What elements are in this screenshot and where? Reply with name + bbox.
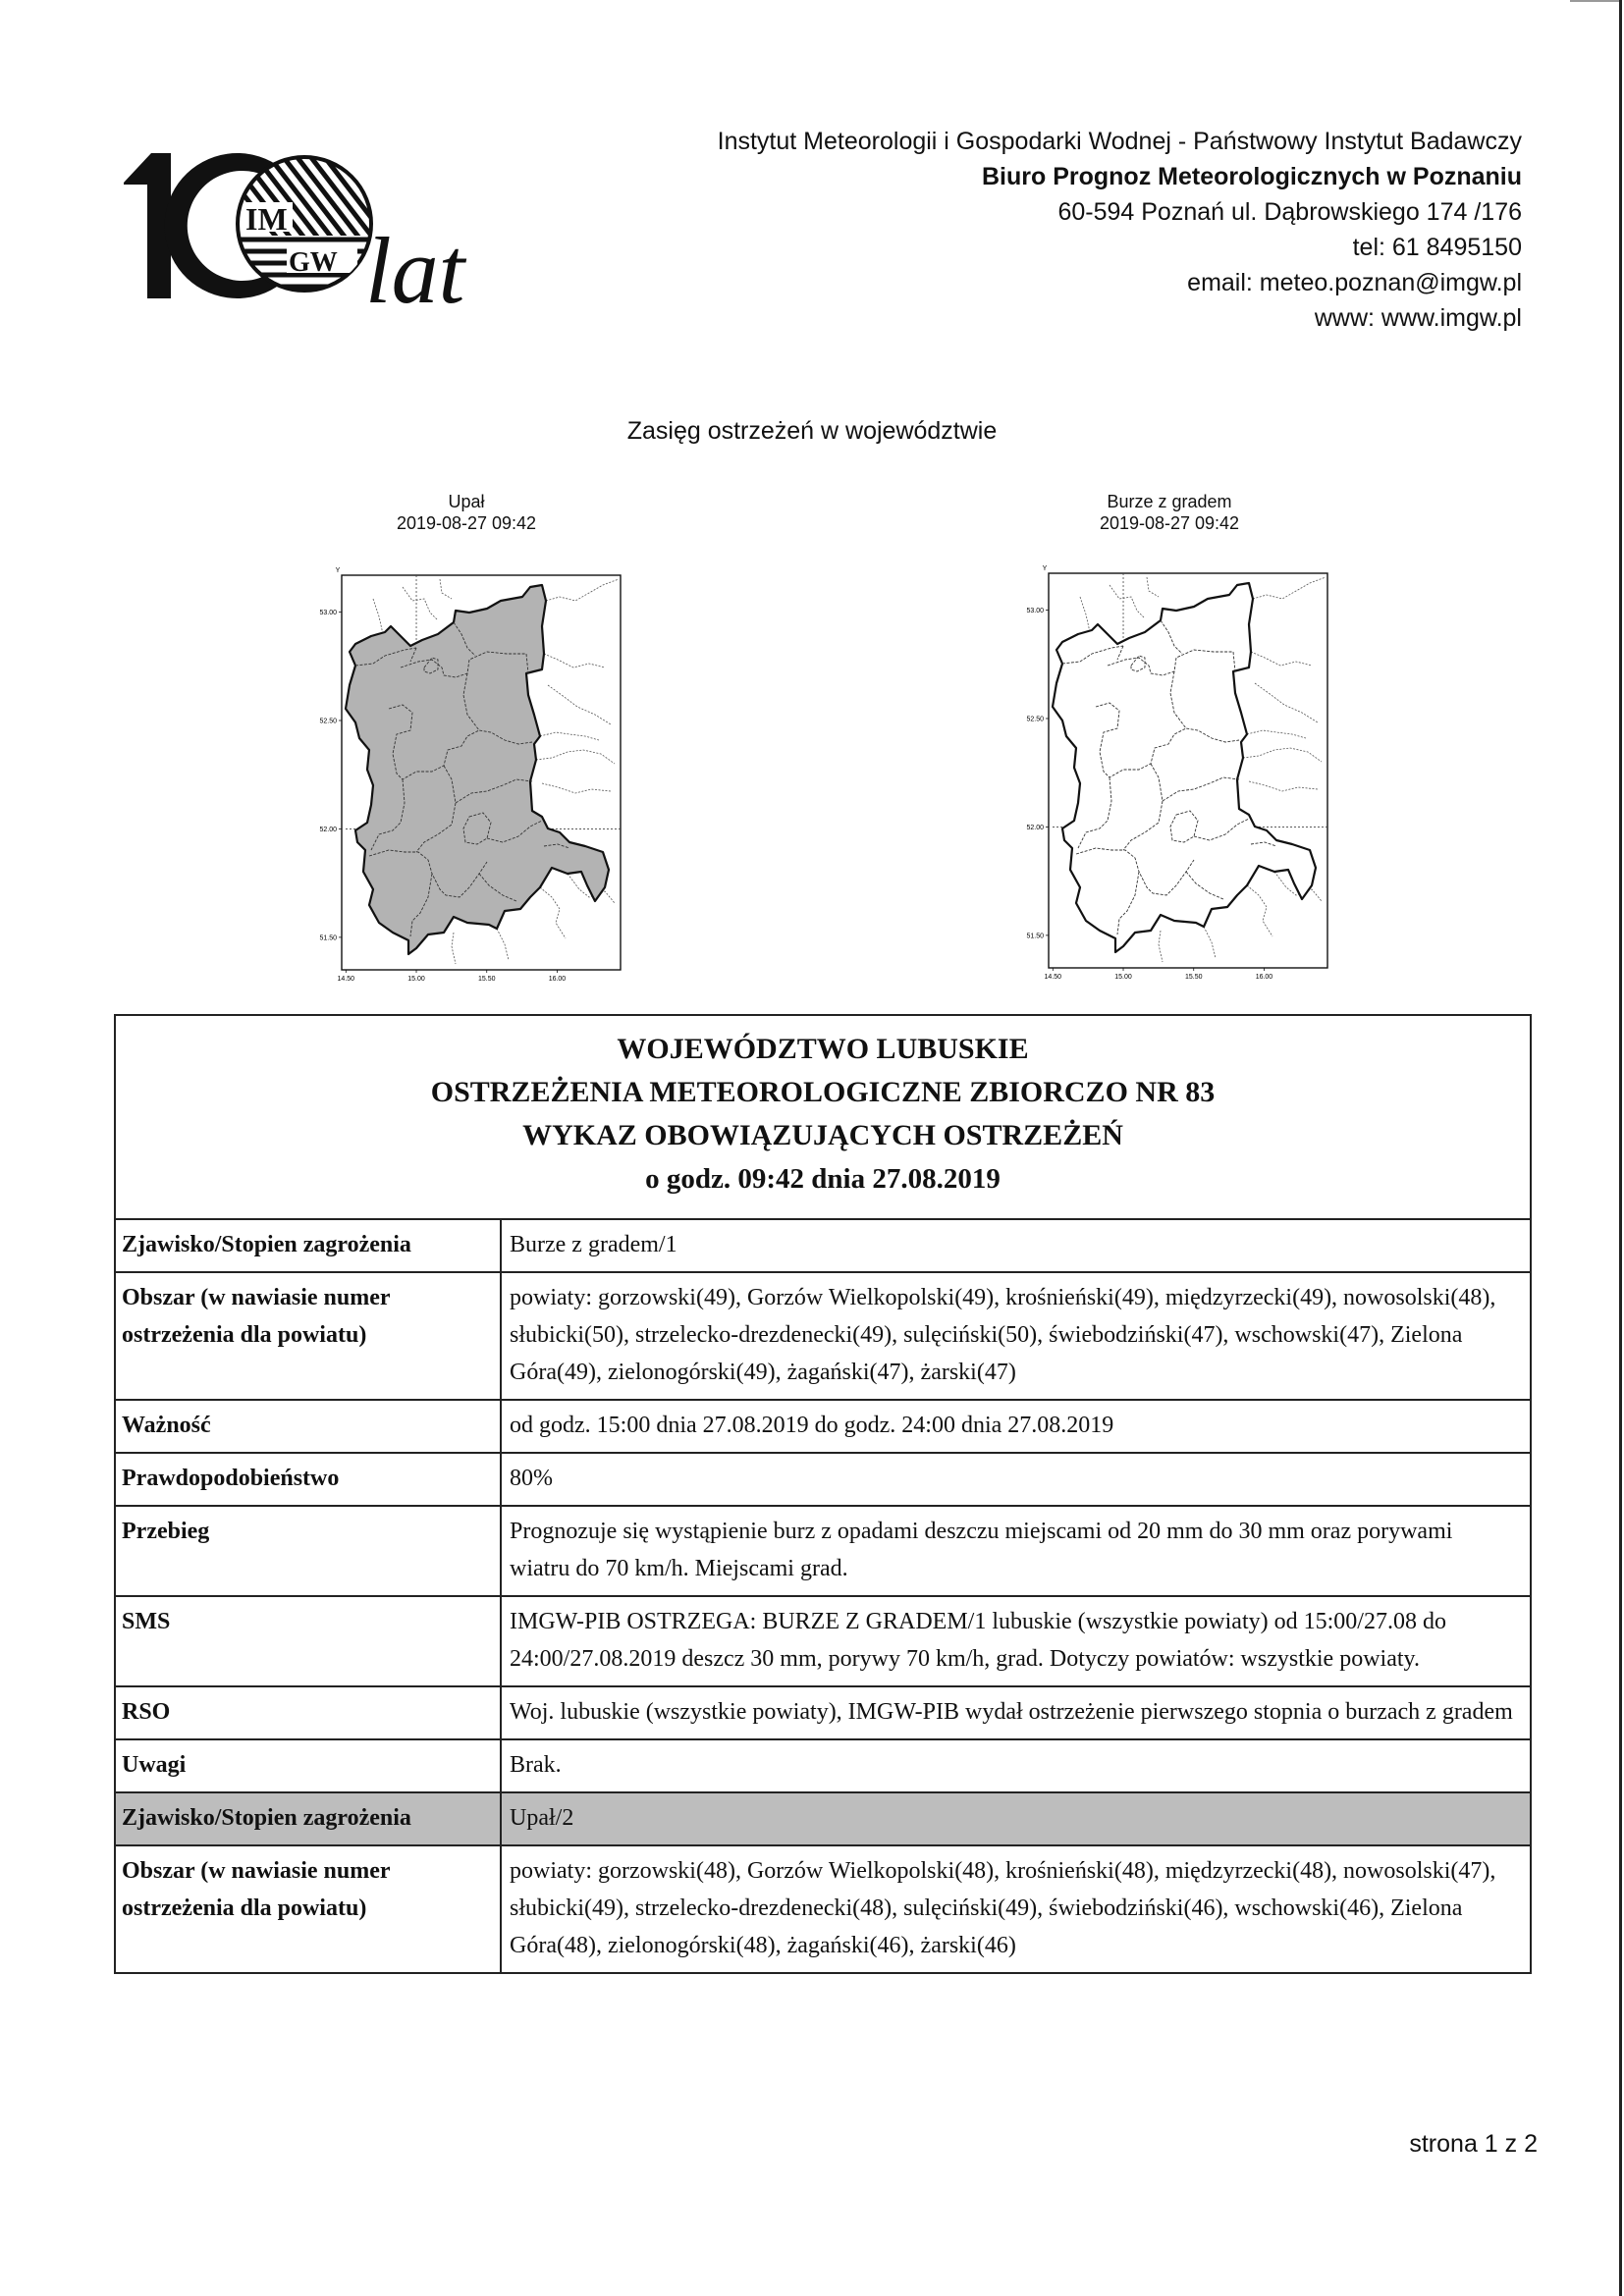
scan-page-edge xyxy=(1619,0,1622,2296)
map-phenomenon: Burze z gradem xyxy=(1042,491,1297,512)
institute-header: Instytut Meteorologii i Gospodarki Wodne… xyxy=(718,124,1522,336)
row-value: Burze z gradem/1 xyxy=(501,1219,1531,1272)
row-label: RSO xyxy=(115,1686,501,1739)
scan-page-edge-top xyxy=(1570,0,1619,2)
map-timestamp: 2019-08-27 09:42 xyxy=(1042,512,1297,534)
table-row: RSOWoj. lubuskie (wszystkie powiaty), IM… xyxy=(115,1686,1531,1739)
svg-text:52.50: 52.50 xyxy=(1026,716,1044,722)
table-heading: WOJEWÓDZTWO LUBUSKIE OSTRZEŻENIA METEORO… xyxy=(115,1015,1531,1219)
svg-text:53.00: 53.00 xyxy=(1026,608,1044,614)
warning-map-heat: Y53.0052.5052.0051.5014.5015.0015.5016.0… xyxy=(295,558,638,1009)
heading-issue-time: o godz. 09:42 dnia 27.08.2019 xyxy=(116,1157,1530,1201)
row-label: Uwagi xyxy=(115,1739,501,1792)
svg-text:51.50: 51.50 xyxy=(1026,933,1044,939)
table-row: Obszar (w nawiasie numer ostrzeżenia dla… xyxy=(115,1845,1531,1973)
row-value: Brak. xyxy=(501,1739,1531,1792)
imgw-100-years-logo: IM GW lat xyxy=(120,145,513,312)
table-row: Prawdopodobieństwo80% xyxy=(115,1453,1531,1506)
svg-text:53.00: 53.00 xyxy=(319,610,337,616)
svg-text:15.00: 15.00 xyxy=(407,976,425,983)
maps-section-title: Zasięg ostrzeżeń w województwie xyxy=(0,417,1624,446)
svg-text:15.50: 15.50 xyxy=(1185,974,1203,981)
row-label: Zjawisko/Stopien zagrożenia xyxy=(115,1219,501,1272)
svg-text:GW: GW xyxy=(289,247,338,278)
row-label: Prawdopodobieństwo xyxy=(115,1453,501,1506)
svg-text:15.50: 15.50 xyxy=(478,976,496,983)
row-value: powiaty: gorzowski(49), Gorzów Wielkopol… xyxy=(501,1272,1531,1400)
row-value: od godz. 15:00 dnia 27.08.2019 do godz. … xyxy=(501,1400,1531,1453)
row-value: Prognozuje się wystąpienie burz z opadam… xyxy=(501,1506,1531,1596)
svg-text:52.00: 52.00 xyxy=(1026,825,1044,831)
svg-text:IM: IM xyxy=(245,201,288,237)
svg-text:52.50: 52.50 xyxy=(319,718,337,724)
heading-list-title: WYKAZ OBOWIĄZUJĄCYCH OSTRZEŻEŃ xyxy=(116,1114,1530,1157)
svg-text:Y: Y xyxy=(1043,565,1048,572)
office-email: email: meteo.poznan@imgw.pl xyxy=(718,265,1522,300)
office-phone: tel: 61 8495150 xyxy=(718,230,1522,265)
svg-text:52.00: 52.00 xyxy=(319,827,337,833)
office-name: Biuro Prognoz Meteorologicznych w Poznan… xyxy=(718,159,1522,194)
row-label: Obszar (w nawiasie numer ostrzeżenia dla… xyxy=(115,1272,501,1400)
table-row: PrzebiegPrognozuje się wystąpienie burz … xyxy=(115,1506,1531,1596)
svg-text:14.50: 14.50 xyxy=(338,976,355,983)
map-timestamp: 2019-08-27 09:42 xyxy=(339,512,594,534)
logo-icon: IM GW lat xyxy=(120,145,513,312)
row-value: 80% xyxy=(501,1453,1531,1506)
row-label: Zjawisko/Stopien zagrożenia xyxy=(115,1792,501,1845)
office-website: www: www.imgw.pl xyxy=(718,300,1522,336)
table-row: SMSIMGW-PIB OSTRZEGA: BURZE Z GRADEM/1 l… xyxy=(115,1596,1531,1686)
office-address: 60-594 Poznań ul. Dąbrowskiego 174 /176 xyxy=(718,194,1522,230)
row-value: Woj. lubuskie (wszystkie powiaty), IMGW-… xyxy=(501,1686,1531,1739)
warnings-table: WOJEWÓDZTWO LUBUSKIE OSTRZEŻENIA METEORO… xyxy=(114,1014,1532,1974)
table-row: UwagiBrak. xyxy=(115,1739,1531,1792)
row-label: Ważność xyxy=(115,1400,501,1453)
heading-bulletin-number: OSTRZEŻENIA METEOROLOGICZNE ZBIORCZO NR … xyxy=(116,1071,1530,1114)
row-value: Upał/2 xyxy=(501,1792,1531,1845)
row-label: Obszar (w nawiasie numer ostrzeżenia dla… xyxy=(115,1845,501,1973)
page-indicator: strona 1 z 2 xyxy=(1409,2130,1538,2159)
svg-text:16.00: 16.00 xyxy=(1256,974,1273,981)
svg-text:14.50: 14.50 xyxy=(1045,974,1062,981)
table-row: Obszar (w nawiasie numer ostrzeżenia dla… xyxy=(115,1272,1531,1400)
institute-name: Instytut Meteorologii i Gospodarki Wodne… xyxy=(718,124,1522,159)
table-row: Ważnośćod godz. 15:00 dnia 27.08.2019 do… xyxy=(115,1400,1531,1453)
svg-text:16.00: 16.00 xyxy=(549,976,567,983)
svg-text:51.50: 51.50 xyxy=(319,934,337,941)
row-value: powiaty: gorzowski(48), Gorzów Wielkopol… xyxy=(501,1845,1531,1973)
svg-text:Y: Y xyxy=(336,567,341,574)
svg-text:lat: lat xyxy=(365,218,467,312)
row-label: Przebieg xyxy=(115,1506,501,1596)
row-label: SMS xyxy=(115,1596,501,1686)
warning-map-storms: Y53.0052.5052.0051.5014.5015.0015.5016.0… xyxy=(1001,556,1345,1007)
map-phenomenon: Upał xyxy=(339,491,594,512)
map-caption-storms: Burze z gradem 2019-08-27 09:42 xyxy=(1042,491,1297,534)
map-caption-heat: Upał 2019-08-27 09:42 xyxy=(339,491,594,534)
heading-voivodeship: WOJEWÓDZTWO LUBUSKIE xyxy=(116,1028,1530,1071)
svg-text:15.00: 15.00 xyxy=(1114,974,1132,981)
row-value: IMGW-PIB OSTRZEGA: BURZE Z GRADEM/1 lubu… xyxy=(501,1596,1531,1686)
table-row: Zjawisko/Stopien zagrożeniaBurze z grade… xyxy=(115,1219,1531,1272)
table-row: Zjawisko/Stopien zagrożeniaUpał/2 xyxy=(115,1792,1531,1845)
table-heading-row: WOJEWÓDZTWO LUBUSKIE OSTRZEŻENIA METEORO… xyxy=(115,1015,1531,1219)
